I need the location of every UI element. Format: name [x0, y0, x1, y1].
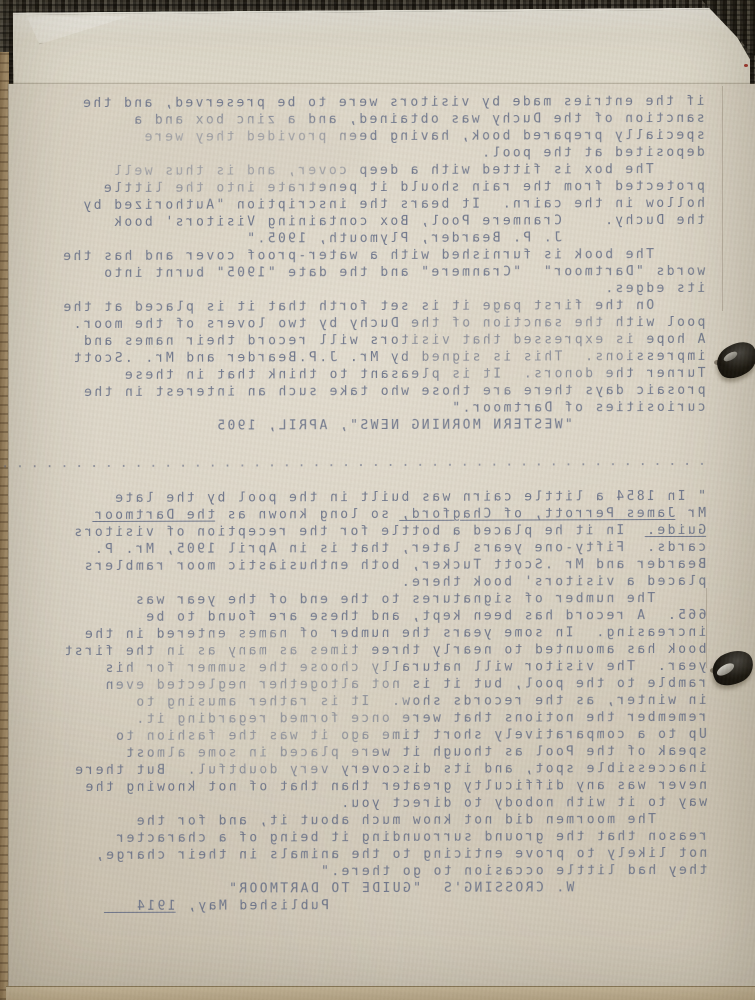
- faded-ink-patch: [90, 115, 370, 195]
- text-block-published: Published May, 1914: [59, 896, 707, 915]
- typed-line: "WESTERN MORNING NEWS", APRIL, 1905: [58, 416, 706, 435]
- typed-text: if the entries made by visitors were to …: [57, 93, 708, 915]
- typed-line: Published May, 1914: [59, 896, 707, 915]
- red-fleck: [744, 64, 748, 67]
- text-block-book-description: The book is furnished with a water-proof…: [57, 246, 705, 299]
- faded-ink-patch: [400, 300, 640, 390]
- photo-of-binder-page: if the entries made by visitors were to …: [0, 0, 755, 1000]
- sheet-fold-corner: [27, 16, 131, 45]
- binder-ring-top: [716, 344, 755, 376]
- faded-ink-patch: [110, 630, 410, 780]
- underlying-sheet-bottom: [6, 986, 755, 1000]
- typed-line: ........................................…: [58, 453, 706, 472]
- text-block-separator: ........................................…: [58, 453, 706, 472]
- text-block-citation-wmn: "WESTERN MORNING NEWS", APRIL, 1905: [58, 416, 706, 435]
- text-block-cairn-history: " In 1854 a little cairn was built in th…: [58, 488, 706, 592]
- binder-ring-bottom: [712, 652, 754, 684]
- page-crease: [722, 86, 723, 311]
